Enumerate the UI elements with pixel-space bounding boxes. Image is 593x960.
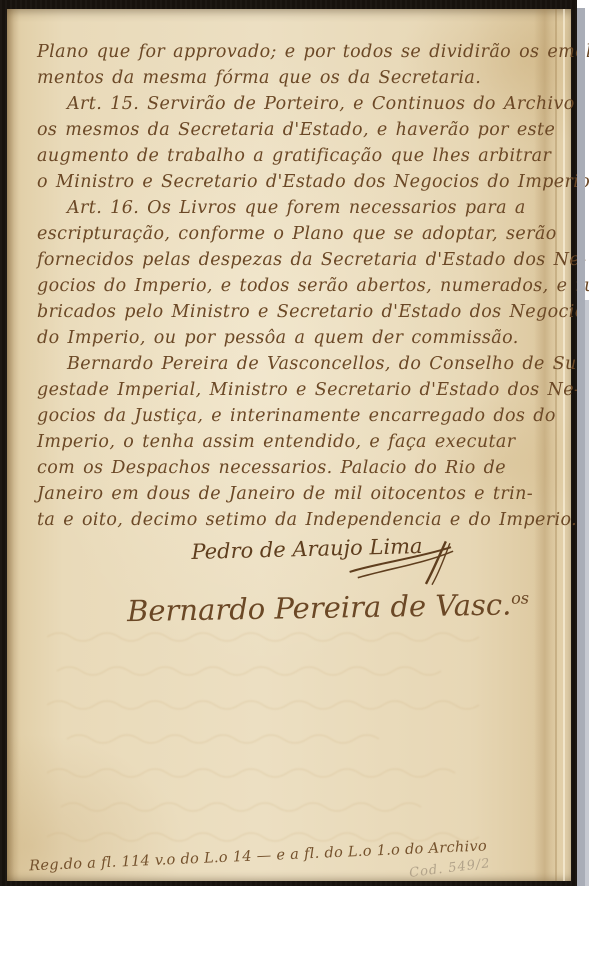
signature-bernardo-superscript: os bbox=[511, 588, 529, 607]
text-line: Janeiro em dous de Janeiro de mil oitoce… bbox=[37, 481, 559, 507]
text-line: Bernardo Pereira de Vasconcellos, do Con… bbox=[37, 351, 559, 377]
text-line: fornecidos pelas despezas da Secretaria … bbox=[37, 247, 559, 273]
text-line: ta e oito, decimo setimo da Independenci… bbox=[37, 507, 559, 533]
under-sheet-edge-highlight bbox=[563, 9, 565, 881]
white-margin-right bbox=[589, 0, 593, 960]
text-line: gestade Imperial, Ministro e Secretario … bbox=[37, 377, 559, 403]
text-line: augmento de trabalho a gratificação que … bbox=[37, 143, 559, 169]
pencil-code-note: Cod. 549/2 bbox=[408, 856, 491, 881]
text-line-art16: Art. 16. Os Livros que forem necessarios… bbox=[37, 195, 559, 221]
text-line: mentos da mesma fórma que os da Secretar… bbox=[37, 65, 559, 91]
signature-pedro-de-araujo-lima: Pedro de Araujo Lima bbox=[157, 533, 458, 565]
scanned-manuscript-page: Plano que for approvado; e por todos se … bbox=[0, 0, 593, 960]
scanner-backing: Plano que for approvado; e por todos se … bbox=[0, 0, 577, 886]
signature-bernardo-pereira: Bernardo Pereira de Vasc.os bbox=[127, 588, 488, 628]
text-line: Plano que for approvado; e por todos se … bbox=[37, 39, 559, 65]
manuscript-text-block: Plano que for approvado; e por todos se … bbox=[37, 39, 559, 533]
manuscript-paper: Plano que for approvado; e por todos se … bbox=[7, 9, 571, 881]
signature-bernardo-text: Bernardo Pereira de Vasc. bbox=[127, 587, 512, 628]
text-line-art15: Art. 15. Servirão de Porteiro, e Continu… bbox=[37, 91, 559, 117]
text-line: gocios do Imperio, e todos serão abertos… bbox=[37, 273, 559, 299]
text-line: o Ministro e Secretario d'Estado dos Neg… bbox=[37, 169, 559, 195]
text-line: gocios da Justiça, e interinamente encar… bbox=[37, 403, 559, 429]
ink-showthrough bbox=[47, 627, 547, 847]
paper-left-edge-shadow bbox=[7, 9, 19, 881]
text-line: com os Despachos necessarios. Palacio do… bbox=[37, 455, 559, 481]
text-line: bricados pelo Ministro e Secretario d'Es… bbox=[37, 299, 559, 325]
text-line: escripturação, conforme o Plano que se a… bbox=[37, 221, 559, 247]
white-margin-bottom bbox=[0, 886, 593, 960]
text-line: os mesmos da Secretaria d'Estado, e have… bbox=[37, 117, 559, 143]
right-margin-strip bbox=[577, 8, 585, 886]
text-line: do Imperio, ou por pessôa a quem der com… bbox=[37, 325, 559, 351]
signature-flourish-icon bbox=[347, 539, 458, 588]
text-line: Imperio, o tenha assim entendido, e faça… bbox=[37, 429, 559, 455]
